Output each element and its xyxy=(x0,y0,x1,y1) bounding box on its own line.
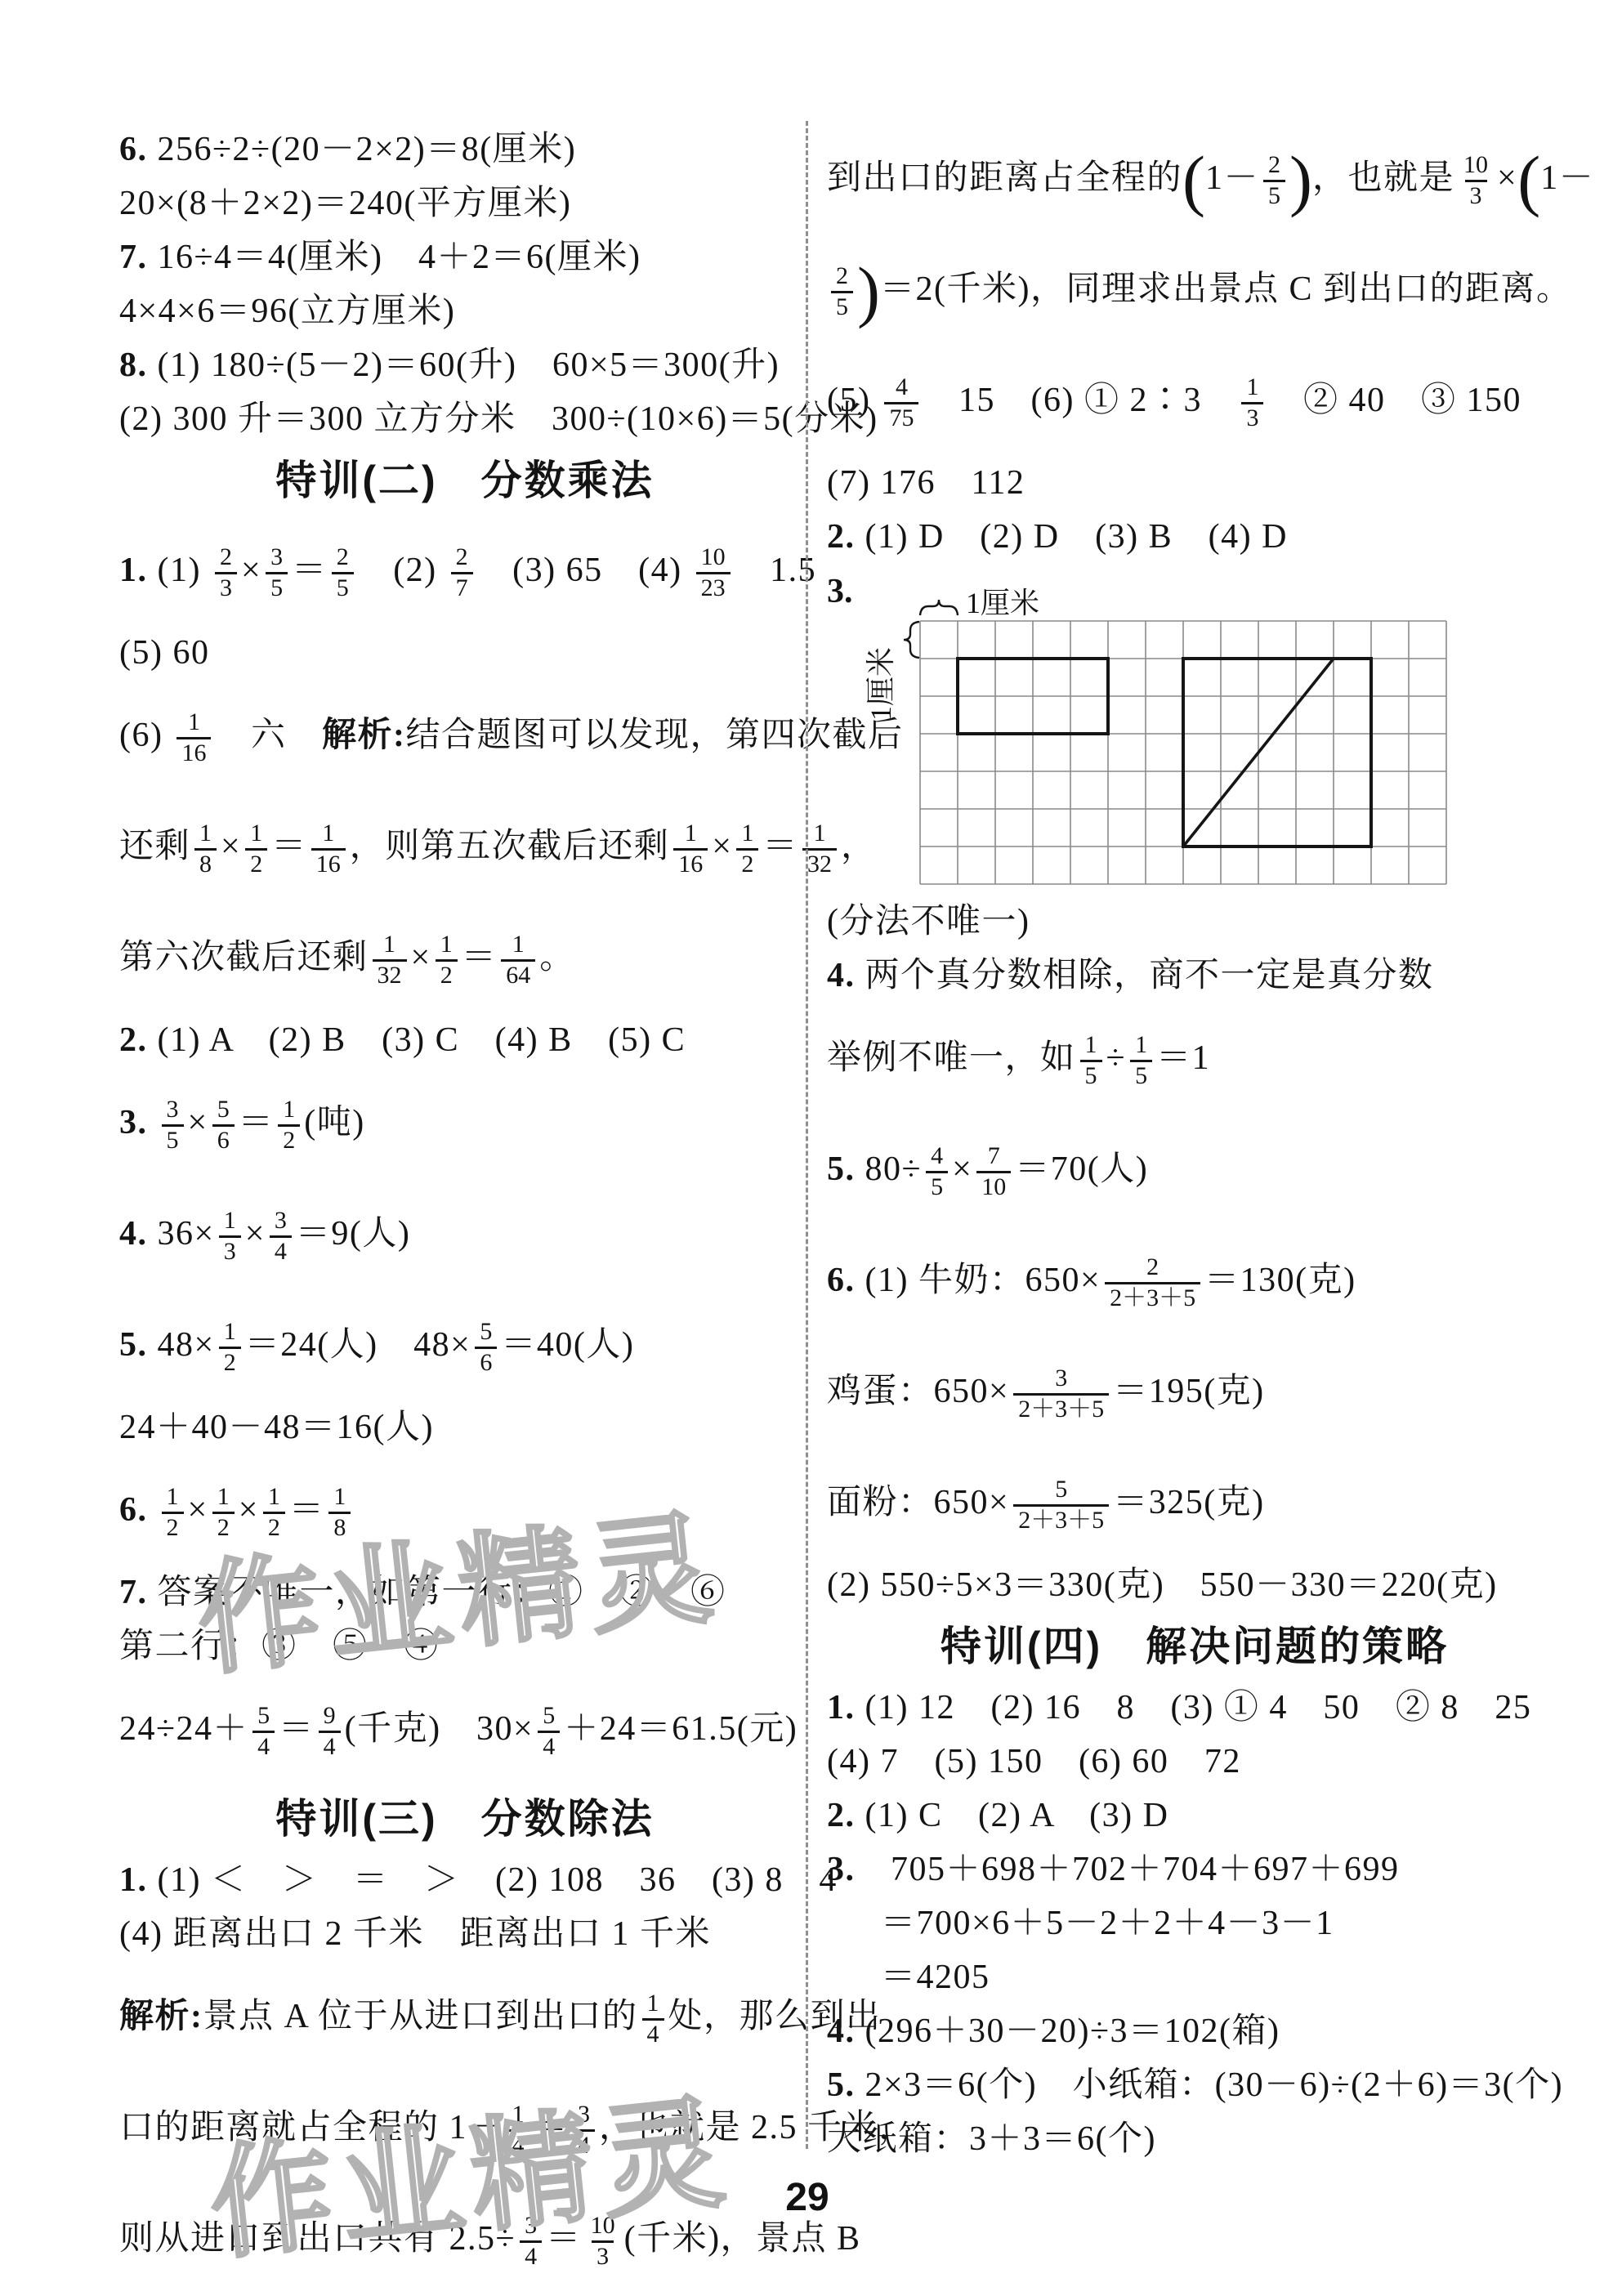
big-parenthesis: ) xyxy=(857,253,880,329)
answer-line: 5. 80÷45×710＝70(人) xyxy=(827,1114,1562,1225)
answer-line: 20×(8＋2×2)＝240(平方厘米) xyxy=(119,176,811,230)
answer-line: 6. 256÷2÷(20－2×2)＝8(厘米) xyxy=(119,123,811,176)
answer-line: 则从进口到出口共有 2.5÷34＝103(千米)，景点 B xyxy=(119,2183,811,2294)
grid-diagram: 1厘米1厘米 xyxy=(827,564,1497,891)
fraction: 14 xyxy=(507,2101,529,2160)
answer-line: (分法不唯一) xyxy=(827,895,1562,949)
answer-line: 大纸箱：3＋3＝6(个) xyxy=(827,2112,1562,2166)
fraction: 18 xyxy=(194,820,217,878)
fraction: 23 xyxy=(215,543,237,602)
fraction: 22＋3＋5 xyxy=(1105,1253,1200,1312)
fraction: 475 xyxy=(884,373,918,432)
answer-line: (2) 550÷5×3＝330(克) 550－330＝220(克) xyxy=(827,1558,1562,1612)
fraction: 35 xyxy=(162,1096,184,1155)
answer-line: 口的距离就占全程的 1－14＝34，也就是 2.5 千米， xyxy=(119,2072,811,2183)
fraction: 12 xyxy=(263,1483,285,1542)
answer-line: (2) 300 升＝300 立方分米 300÷(10×6)＝5(分米) xyxy=(119,392,811,446)
bold-label: 6. xyxy=(827,1262,856,1299)
answer-line: (4) 7 (5) 150 (6) 60 72 xyxy=(827,1735,1562,1789)
bold-label: 3. xyxy=(119,1104,148,1141)
fraction: 54 xyxy=(538,1702,560,1761)
workbook-answer-page: 6. 256÷2÷(20－2×2)＝8(厘米)20×(8＋2×2)＝240(平方… xyxy=(0,0,1613,2296)
bold-label: 7. xyxy=(119,239,148,276)
answer-line: (6) 116 六 解析:结合题图可以发现，第四次截后 xyxy=(119,680,811,791)
bold-label: 6. xyxy=(119,131,148,168)
fraction: 14 xyxy=(642,1990,664,2048)
answer-line: 1. (1) ＜ ＞ ＝ ＞ (2) 108 36 (3) 8 4 xyxy=(119,1853,811,1907)
answer-line: 1. (1) 12 (2) 16 8 (3) ① 4 50 ② 8 25 xyxy=(827,1681,1562,1735)
answer-line: 24÷24＋54＝94(千克) 30×54＋24＝61.5(元) xyxy=(119,1673,811,1785)
section-header: 特训(二) 分数乘法 xyxy=(119,446,811,515)
fraction: 56 xyxy=(212,1096,235,1155)
bold-label: 6. xyxy=(119,1491,148,1529)
answer-line: 2. (1) A (2) B (3) C (4) B (5) C xyxy=(119,1013,811,1067)
fraction: 103 xyxy=(1459,151,1493,210)
answer-line: 6. 12×12×12＝18 xyxy=(119,1454,811,1566)
fraction: 12 xyxy=(278,1096,300,1155)
bold-label: 2. xyxy=(827,518,856,556)
unit-label-left: 1厘米 xyxy=(865,647,897,721)
big-parenthesis: ( xyxy=(1517,142,1540,218)
bold-label: 4. xyxy=(827,2012,856,2050)
answer-line: 第二行：③ ⑤ ④ xyxy=(119,1619,811,1673)
section-header: 特训(四) 解决问题的策略 xyxy=(827,1612,1562,1681)
bold-label: 1. xyxy=(119,552,148,589)
big-parenthesis: ) xyxy=(1289,142,1312,218)
bold-label: 1. xyxy=(119,1861,148,1899)
fraction: 1023 xyxy=(696,543,731,602)
left-brace-icon xyxy=(904,622,919,658)
answer-line: (5) 60 xyxy=(119,626,811,680)
column-divider xyxy=(806,121,808,2149)
answer-line: 8. (1) 180÷(5－2)＝60(升) 60×5＝300(升) xyxy=(119,338,811,392)
answer-line: (4) 距离出口 2 千米 距离出口 1 千米 xyxy=(119,1907,811,1961)
answer-line: 鸡蛋：650×32＋3＋5＝195(克) xyxy=(827,1336,1562,1447)
fraction: 34 xyxy=(270,1207,292,1266)
fraction: 27 xyxy=(451,543,473,602)
answer-line: 还剩18×12＝116，则第五次截后还剩116×12＝132， xyxy=(119,791,811,902)
fraction: 45 xyxy=(926,1142,948,1201)
bold-label: 8. xyxy=(119,346,148,384)
fraction: 15 xyxy=(1130,1031,1152,1090)
fraction: 35 xyxy=(266,543,288,602)
right-column: 到出口的距离占全程的(1－25)，也就是103×(1－25)＝2(千米)，同理求… xyxy=(827,123,1562,2166)
fraction: 56 xyxy=(475,1318,497,1377)
bold-label: 3. xyxy=(827,1851,856,1888)
fraction: 132 xyxy=(373,931,407,989)
fraction: 116 xyxy=(311,820,346,878)
bold-label: 5. xyxy=(827,1150,856,1188)
answer-line: 4×4×6＝96(立方厘米) xyxy=(119,284,811,338)
bold-label: 7. xyxy=(119,1574,148,1611)
answer-line: 5. 2×3＝6(个) 小纸箱：(30－6)÷(2＋6)＝3(个) xyxy=(827,2058,1562,2112)
answer-line: 24＋40－48＝16(人) xyxy=(119,1400,811,1454)
fraction: 25 xyxy=(332,543,354,602)
fraction: 710 xyxy=(976,1142,1011,1201)
fraction: 94 xyxy=(319,1702,341,1761)
grid-diagram-block: 3.1厘米1厘米 xyxy=(827,564,1562,895)
answer-line: (5) 475 15 (6) ① 2∶3 13 ② 40 ③ 150 xyxy=(827,345,1562,456)
fraction: 12 xyxy=(436,931,458,989)
answer-line: 4. (296＋30－20)÷3＝102(箱) xyxy=(827,2004,1562,2058)
bold-label: 4. xyxy=(119,1215,148,1253)
bold-label: 5. xyxy=(119,1326,148,1364)
big-parenthesis: ( xyxy=(1182,142,1205,218)
top-brace-icon xyxy=(920,600,958,615)
fraction: 25 xyxy=(831,262,853,321)
fraction: 54 xyxy=(252,1702,275,1761)
fraction: 13 xyxy=(1241,373,1263,432)
answer-line: 3. 35×56＝12(吨) xyxy=(119,1067,811,1178)
fraction: 34 xyxy=(520,2212,542,2271)
fraction: 12 xyxy=(212,1483,235,1542)
answer-line: 6. (1) 牛奶：650×22＋3＋5＝130(克) xyxy=(827,1225,1562,1336)
left-column: 6. 256÷2÷(20－2×2)＝8(厘米)20×(8＋2×2)＝240(平方… xyxy=(119,123,811,2294)
answer-line: 5. 48×12＝24(人) 48×56＝40(人) xyxy=(119,1289,811,1400)
fraction: 164 xyxy=(501,931,535,989)
fraction: 32＋3＋5 xyxy=(1013,1365,1109,1423)
fraction: 18 xyxy=(328,1483,351,1542)
fraction: 12 xyxy=(245,820,267,878)
answer-line: 面粉：650×52＋3＋5＝325(克) xyxy=(827,1447,1562,1558)
answer-line: ＝700×6＋5－2＋2＋4－3－1 xyxy=(827,1896,1562,1950)
answer-line: 3. 705＋698＋702＋704＋697＋699 xyxy=(827,1843,1562,1896)
answer-line: ＝4205 xyxy=(827,1950,1562,2004)
fraction: 103 xyxy=(586,2212,620,2271)
answer-line: 到出口的距离占全程的(1－25)，也就是103×(1－ xyxy=(827,123,1562,234)
answer-line: 举例不唯一，如15÷15＝1 xyxy=(827,1003,1562,1114)
answer-line: (7) 176 112 xyxy=(827,456,1562,510)
fraction: 116 xyxy=(673,820,708,878)
answer-line: 7. 答案不唯一，如第一行：① ② ⑥ xyxy=(119,1566,811,1619)
unit-label-top: 1厘米 xyxy=(966,587,1039,619)
fraction: 34 xyxy=(573,2101,595,2160)
answer-line: 4. 两个真分数相除，商不一定是真分数 xyxy=(827,949,1562,1003)
answer-line: 4. 36×13×34＝9(人) xyxy=(119,1178,811,1289)
bold-label: 4. xyxy=(827,957,856,994)
fraction: 25 xyxy=(1263,151,1285,210)
bold-label: 2. xyxy=(827,1797,856,1834)
drawn-rectangle xyxy=(1183,659,1371,846)
page-number: 29 xyxy=(766,2175,848,2220)
answer-line: 25)＝2(千米)，同理求出景点 C 到出口的距离。 xyxy=(827,234,1562,345)
section-header: 特训(三) 分数除法 xyxy=(119,1785,811,1853)
bold-label: 解析: xyxy=(119,1998,203,2035)
answer-line: 2. (1) D (2) D (3) B (4) D xyxy=(827,510,1562,564)
answer-line: 1. (1) 23×35＝25 (2) 27 (3) 65 (4) 1023 1… xyxy=(119,515,811,626)
bold-label: 5. xyxy=(827,2066,856,2104)
answer-line: 2. (1) C (2) A (3) D xyxy=(827,1789,1562,1843)
bold-label: 1. xyxy=(827,1689,856,1726)
fraction: 52＋3＋5 xyxy=(1013,1476,1109,1534)
fraction: 13 xyxy=(219,1207,241,1266)
fraction: 15 xyxy=(1080,1031,1102,1090)
item-number: 3. xyxy=(827,572,853,611)
bold-label: 2. xyxy=(119,1021,148,1059)
bold-label: 解析: xyxy=(322,717,406,754)
fraction: 12 xyxy=(219,1318,241,1377)
fraction: 116 xyxy=(176,708,211,767)
fraction: 12 xyxy=(162,1483,184,1542)
answer-line: 第六次截后还剩132×12＝164。 xyxy=(119,902,811,1013)
answer-line: 解析:景点 A 位于从进口到出口的14处，那么到出 xyxy=(119,1961,811,2072)
fraction: 12 xyxy=(736,820,758,878)
answer-line: 7. 16÷4＝4(厘米) 4＋2＝6(厘米) xyxy=(119,230,811,284)
